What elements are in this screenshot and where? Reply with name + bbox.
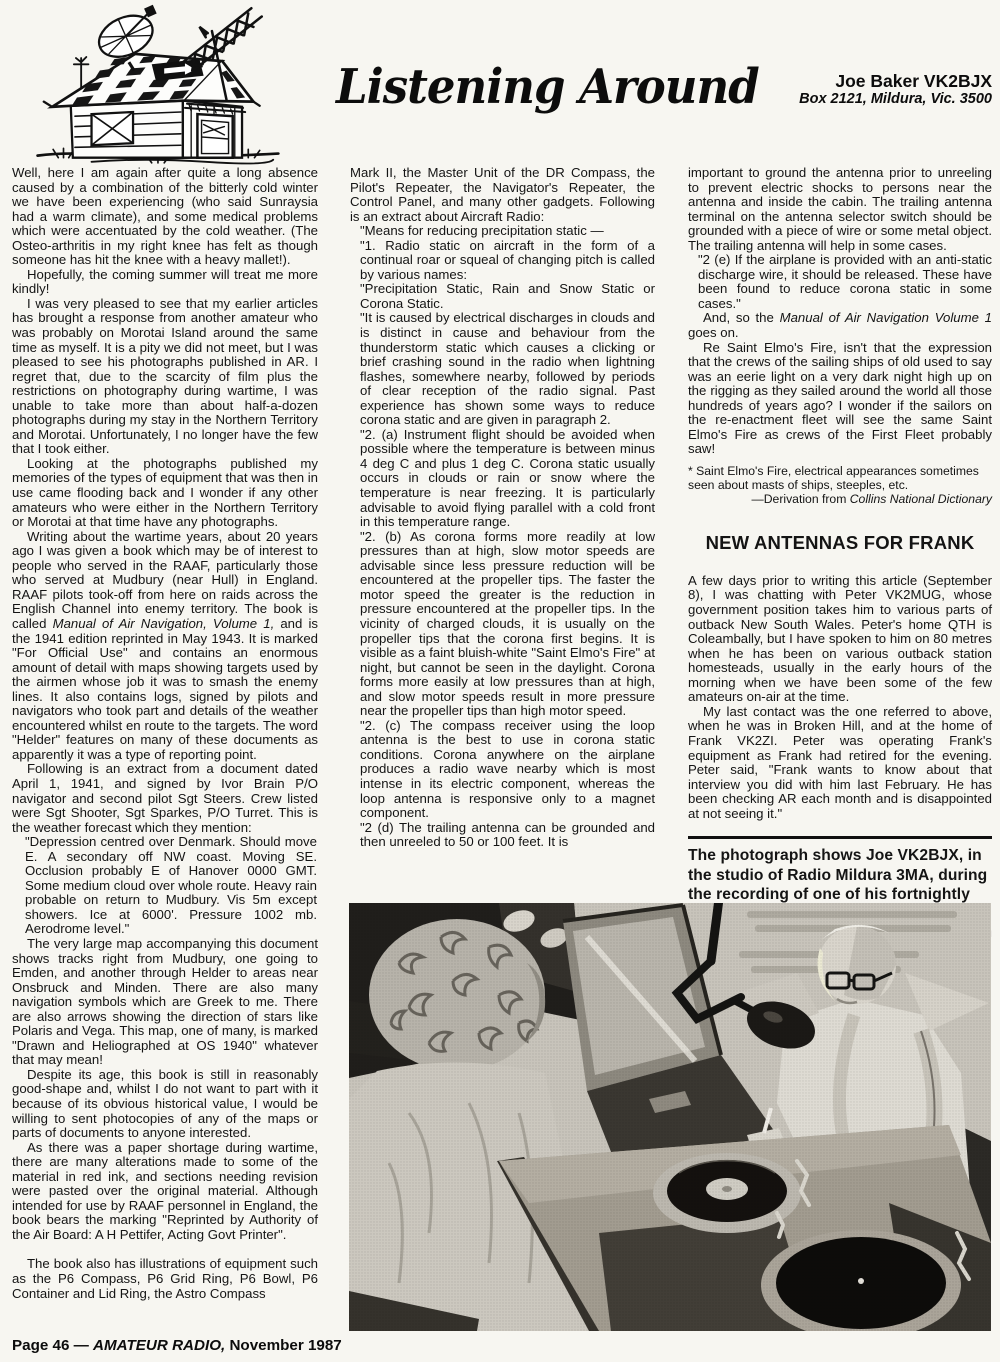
text-run: I was very pleased to see that my earlie… <box>12 296 318 456</box>
text-run: As there was a paper shortage during war… <box>12 1140 318 1242</box>
text-run: Manual of Air Navigation, Volume 1, <box>53 616 275 631</box>
paragraph: And, so the Manual of Air Navigation Vol… <box>688 311 992 340</box>
text-run: "2 (d) The trailing antenna can be groun… <box>360 820 655 850</box>
text-run: goes on. <box>688 325 739 340</box>
footnote-credit: —Derivation from Collins National Dictio… <box>688 492 992 506</box>
text-run: —Derivation from <box>752 492 850 506</box>
text-run: My last contact was the one referred to … <box>688 704 992 821</box>
text-run: Mark II, the Master Unit of the DR Compa… <box>350 165 655 224</box>
text-run: and is the 1941 edition reprinted in May… <box>12 616 318 762</box>
text-run: And, so the <box>703 310 780 325</box>
text-run: The very large map accompanying this doc… <box>12 936 318 1067</box>
text-run: "Precipitation Static, Rain and Snow Sta… <box>360 281 655 311</box>
caption-divider <box>688 836 992 839</box>
footnote: * Saint Elmo's Fire, electrical appearan… <box>688 464 992 492</box>
paragraph: "Depression centred over Denmark. Should… <box>12 835 318 937</box>
text-run: Despite its age, this book is still in r… <box>12 1067 318 1140</box>
column-2: Mark II, the Master Unit of the DR Compa… <box>350 166 655 850</box>
paragraph: As there was a paper shortage during war… <box>12 1141 318 1243</box>
text-run: Page 46 — <box>12 1337 93 1354</box>
column-3: important to ground the antenna prior to… <box>688 166 992 944</box>
paragraph: Re Saint Elmo's Fire, isn't that the exp… <box>688 341 992 457</box>
paragraph: Mark II, the Master Unit of the DR Compa… <box>350 166 655 224</box>
paragraph: Writing about the wartime years, about 2… <box>12 530 318 763</box>
paragraph: The very large map accompanying this doc… <box>12 937 318 1068</box>
paragraph: The book also has illustrations of equip… <box>12 1257 318 1301</box>
text-run: "Means for reducing precipitation static… <box>360 223 604 238</box>
paragraph: "It is caused by electrical discharges i… <box>350 311 655 427</box>
paragraph: Hopefully, the coming summer will treat … <box>12 268 318 297</box>
text-run: AMATEUR RADIO, <box>93 1337 225 1354</box>
text-run: "2. (a) Instrument flight should be avoi… <box>360 427 655 529</box>
paragraph: Following is an extract from a document … <box>12 762 318 835</box>
paragraph: A few days prior to writing this article… <box>688 574 992 705</box>
section-heading: NEW ANTENNAS FOR FRANK <box>688 533 992 553</box>
text-run: Re Saint Elmo's Fire, isn't that the exp… <box>688 340 992 457</box>
text-run: "2. (c) The compass receiver using the l… <box>360 718 655 820</box>
text-run: The book also has illustrations of equip… <box>12 1256 318 1300</box>
text-run: November 1987 <box>225 1337 342 1354</box>
text-run: NEW ANTENNAS FOR FRANK <box>706 532 975 553</box>
paragraph: "2. (b) As corona forms more readily at … <box>350 530 655 719</box>
paragraph: "2. (c) The compass receiver using the l… <box>350 719 655 821</box>
text-run: Collins National Dictionary <box>850 492 992 506</box>
magazine-page: Listening Around Joe Baker VK2BJX Box 21… <box>0 0 1000 1362</box>
text-run: "It is caused by electrical discharges i… <box>360 310 655 427</box>
text-run: "Depression centred over Denmark. Should… <box>25 834 317 936</box>
text-run: "1. Radio static on aircraft in the form… <box>360 238 655 282</box>
paragraph: Well, here I am again after quite a long… <box>12 166 318 268</box>
page-title: Listening Around <box>336 63 716 110</box>
paragraph: Looking at the photographs published my … <box>12 457 318 530</box>
text-run: Manual of Air Navigation Volume 1 <box>780 310 992 325</box>
text-run: Hopefully, the coming summer will treat … <box>12 267 318 297</box>
paragraph: I was very pleased to see that my earlie… <box>12 297 318 457</box>
paragraph: "Means for reducing precipitation static… <box>350 224 655 239</box>
studio-photo <box>349 903 991 1336</box>
paragraph: "2. (a) Instrument flight should be avoi… <box>350 428 655 530</box>
text-run: Well, here I am again after quite a long… <box>12 165 318 267</box>
byline-address: Box 2121, Mildura, Vic. 3500 <box>740 91 992 108</box>
paragraph: important to ground the antenna prior to… <box>688 166 992 253</box>
paragraph: "2 (e) If the airplane is provided with … <box>688 253 992 311</box>
shack-drawing-icon <box>28 2 290 166</box>
byline-author: Joe Baker VK2BJX <box>740 72 992 91</box>
text-run: Following is an extract from a document … <box>12 761 318 834</box>
paragraph: "Precipitation Static, Rain and Snow Sta… <box>350 282 655 311</box>
text-run: important to ground the antenna prior to… <box>688 165 992 253</box>
text-run: "2 (e) If the airplane is provided with … <box>698 252 992 311</box>
text-run: "2. (b) As corona forms more readily at … <box>360 529 655 719</box>
studio-photo-image <box>349 903 991 1331</box>
paragraph: Despite its age, this book is still in r… <box>12 1068 318 1141</box>
column-1: Well, here I am again after quite a long… <box>12 166 318 1301</box>
footer-page-info: Page 46 — AMATEUR RADIO, November 1987 <box>12 1337 342 1354</box>
text-run: A few days prior to writing this article… <box>688 573 992 704</box>
paragraph: My last contact was the one referred to … <box>688 705 992 821</box>
paragraph: "2 (d) The trailing antenna can be groun… <box>350 821 655 850</box>
text-run: * Saint Elmo's Fire, electrical appearan… <box>688 464 979 492</box>
radio-shack-illustration <box>28 2 290 171</box>
paragraph: "1. Radio static on aircraft in the form… <box>350 239 655 283</box>
byline: Joe Baker VK2BJX Box 2121, Mildura, Vic.… <box>740 72 992 108</box>
text-run: Looking at the photographs published my … <box>12 456 318 529</box>
